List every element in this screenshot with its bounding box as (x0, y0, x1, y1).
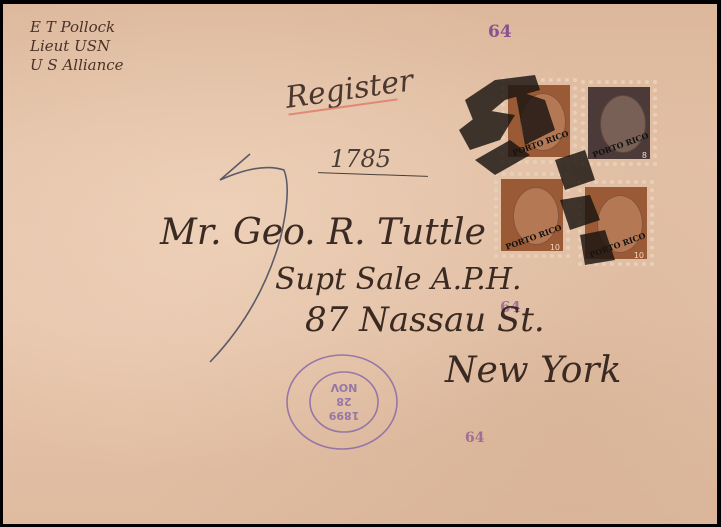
postage-stamp: PORTO RICO 10 (494, 172, 570, 258)
postage-stamp: PORTO RICO (501, 78, 577, 164)
registry-number: 1785 (330, 145, 391, 173)
postmark-day: 28 (336, 395, 351, 408)
pencil-seven-mark (200, 140, 300, 370)
postage-stamp: PORTO RICO 8 (581, 80, 657, 166)
photo-frame: E T Pollock Lieut USN U S Alliance 64 Re… (0, 0, 721, 527)
stamp-value: 10 (634, 251, 644, 260)
sender-line: U S Alliance (30, 56, 124, 75)
stamped-number-top: 64 (488, 22, 512, 42)
sender-line: E T Pollock (30, 18, 124, 37)
addressee-city: New York (445, 350, 621, 391)
registered-postmark: 1899 28 NOV (284, 352, 400, 452)
stamp-value: 8 (642, 151, 647, 160)
addressee-street: 87 Nassau St. (305, 300, 545, 340)
postmark-month: NOV (330, 381, 357, 394)
stamp-value: 10 (550, 243, 560, 252)
sender-line: Lieut USN (30, 37, 124, 56)
addressee-name: Mr. Geo. R. Tuttle (160, 212, 486, 253)
postmark-year: 1899 (329, 409, 360, 422)
sender-return-address: E T Pollock Lieut USN U S Alliance (30, 18, 124, 75)
postage-stamp: PORTO RICO 10 (578, 180, 654, 266)
stamped-number-bottom: 64 (465, 430, 484, 446)
addressee-title: Supt Sale A.P.H. (275, 262, 522, 297)
